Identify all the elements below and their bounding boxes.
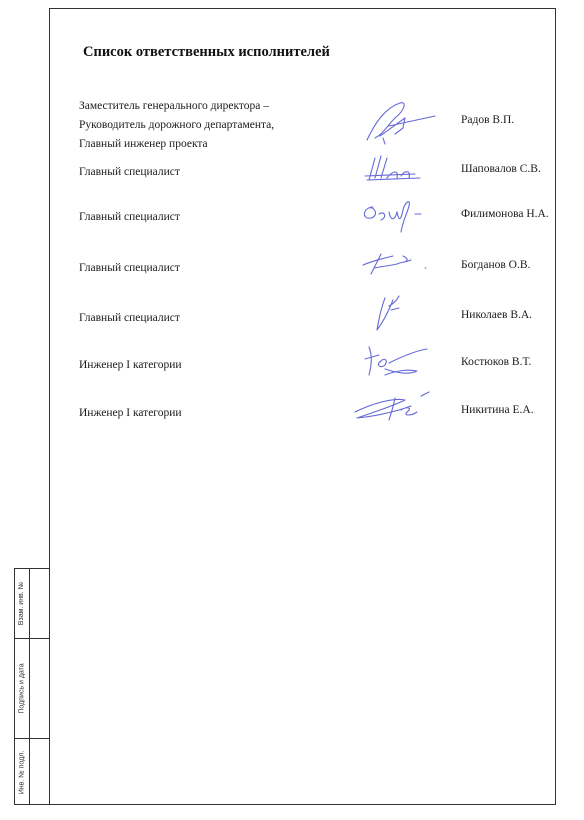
person-name: Николаев В.А.: [461, 309, 532, 321]
stamp-cell-signature-date: Подпись и дата: [15, 638, 29, 738]
signature-nikolaev: [345, 288, 445, 338]
stamp-cell-original-inv: Инв. № подл.: [15, 738, 29, 806]
role-text: Главный специалист: [79, 259, 180, 278]
person-name: Шаповалов С.В.: [461, 163, 541, 175]
person-name: Радов В.П.: [461, 114, 514, 126]
signature-filimonova: [345, 192, 445, 242]
person-name: Филимонова Н.А.: [461, 208, 549, 220]
signature-bogdanov: [345, 240, 445, 290]
role-text: Инженер I категории: [79, 356, 182, 375]
person-name: Никитина Е.А.: [461, 404, 534, 416]
stamp-cell-replacement-inv: Взам. инв. №: [15, 569, 29, 638]
role-text: Главный специалист: [79, 163, 180, 182]
person-name: Костюков В.Т.: [461, 356, 531, 368]
role-text: Заместитель генерального директора – Рук…: [79, 97, 274, 154]
signature-kostyukov: [345, 335, 445, 385]
side-stamp-block: Взам. инв. № Подпись и дата Инв. № подл.: [14, 568, 50, 805]
signature-shapovalov: [345, 148, 445, 198]
role-text: Главный специалист: [79, 309, 180, 328]
person-name: Богданов О.В.: [461, 259, 530, 271]
stamp-divider: [29, 569, 30, 804]
signature-nikitina: [345, 382, 445, 432]
role-text: Главный специалист: [79, 208, 180, 227]
role-text: Инженер I категории: [79, 404, 182, 423]
page-title: Список ответственных исполнителей: [83, 44, 330, 61]
signature-radov: [345, 98, 445, 148]
